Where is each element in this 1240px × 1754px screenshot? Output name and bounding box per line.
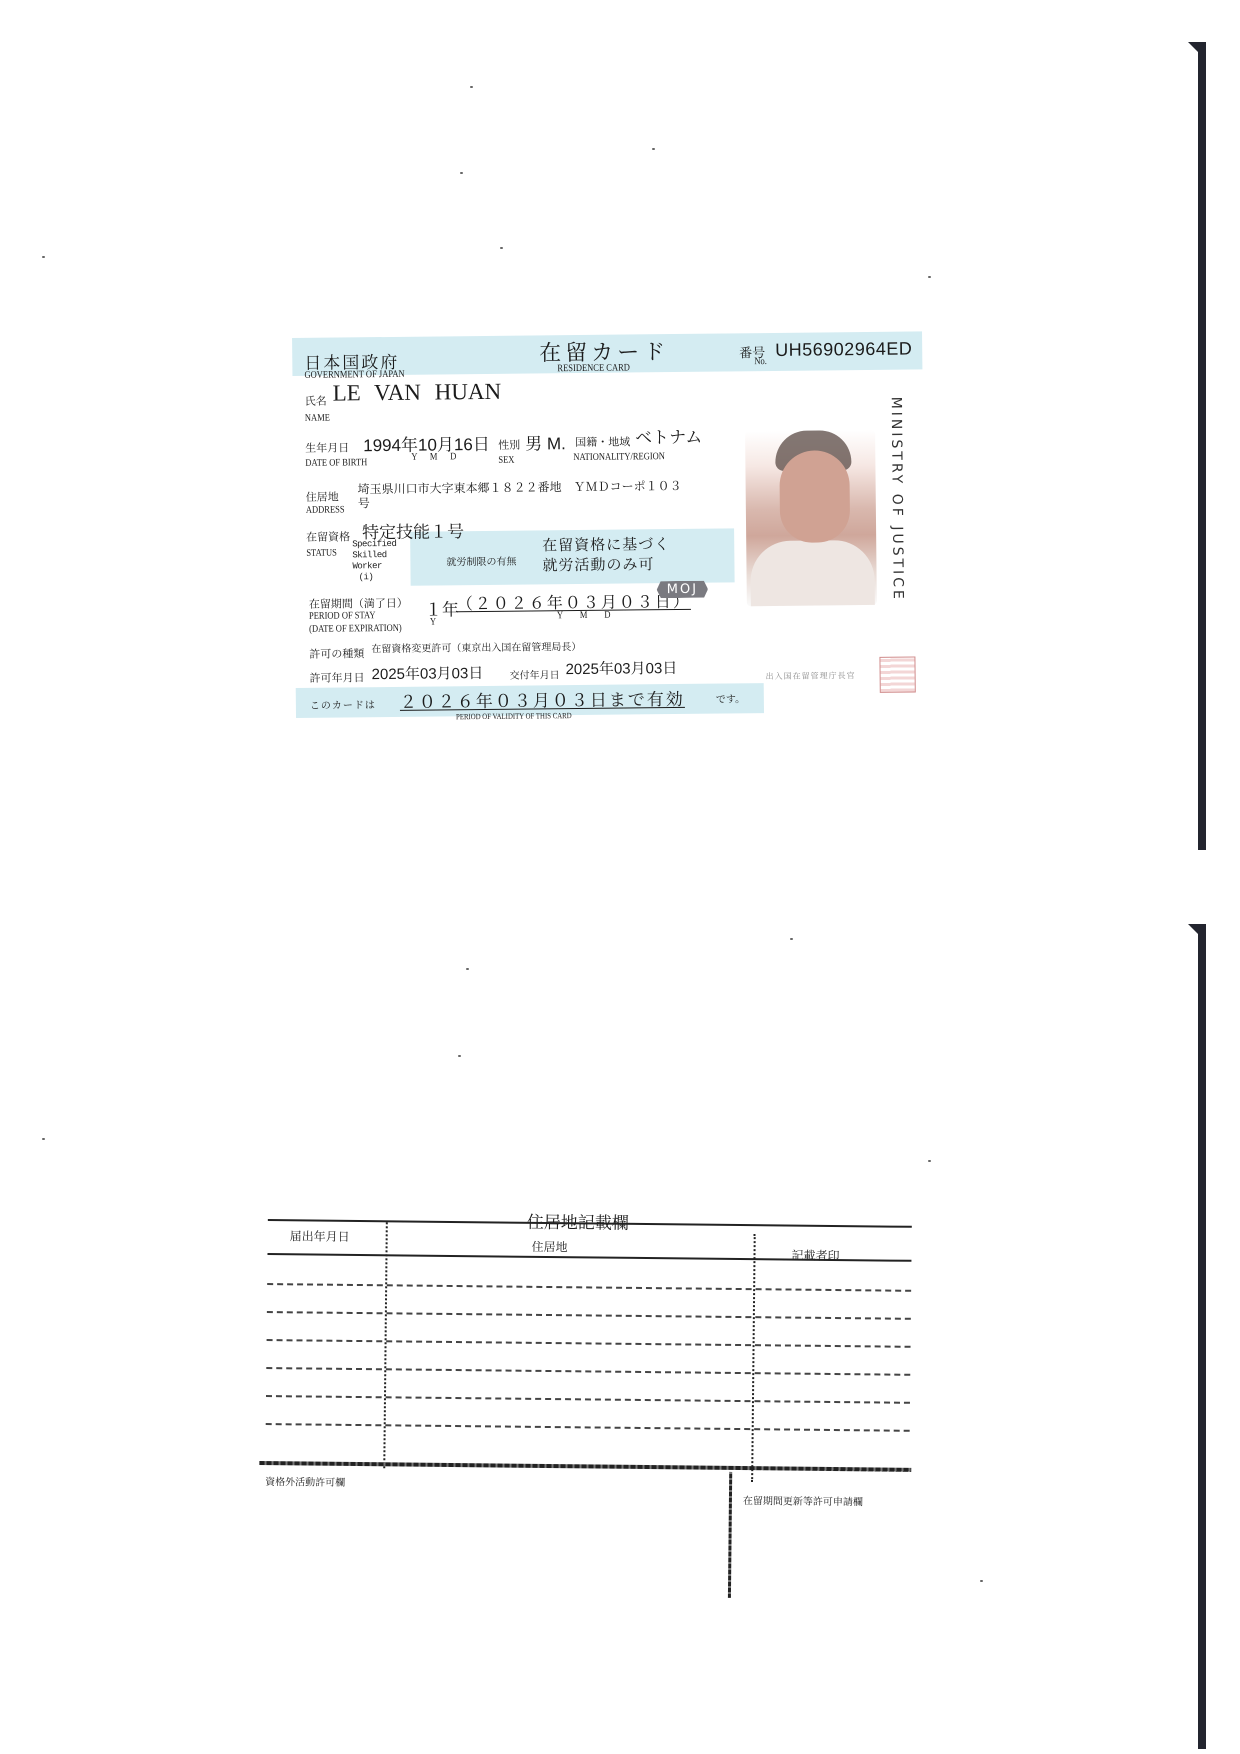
residence-card-front: 日本国政府 GOVERNMENT OF JAPAN 在留カード RESIDENC… bbox=[292, 326, 926, 726]
table-row bbox=[266, 1367, 910, 1376]
scan-speck bbox=[466, 968, 469, 970]
scanner-edge-bar-top bbox=[1198, 42, 1206, 850]
status-en-1: Specified bbox=[352, 539, 396, 549]
col-header-date: 届出年月日 bbox=[290, 1227, 350, 1245]
status-en-4: (i) bbox=[359, 572, 374, 582]
status-label-en: STATUS bbox=[306, 548, 337, 559]
expiration-ymd-hint: Y M D bbox=[557, 610, 611, 622]
scanner-edge-bar-bottom bbox=[1198, 924, 1206, 1749]
status-en-3: Worker bbox=[352, 561, 382, 571]
issuer-signature-text: 出入国在留管理庁長官 bbox=[766, 670, 856, 682]
scan-speck bbox=[500, 247, 503, 249]
card-title-en: RESIDENCE CARD bbox=[557, 362, 630, 374]
scan-speck bbox=[790, 938, 793, 940]
address-label-jp: 住居地 bbox=[306, 489, 339, 505]
table-row bbox=[267, 1311, 911, 1320]
holder-photo bbox=[745, 430, 877, 606]
status-label-jp: 在留資格 bbox=[306, 528, 350, 544]
holder-name: LE VAN HUAN bbox=[333, 379, 502, 407]
outside-activity-permit-label: 資格外活動許可欄 bbox=[265, 1473, 345, 1489]
col-divider-date bbox=[383, 1222, 388, 1468]
work-restriction-label: 就労制限の有無 bbox=[446, 553, 516, 569]
col-divider-stamp bbox=[751, 1234, 756, 1482]
number-label-en: No. bbox=[754, 356, 767, 367]
permit-type-value: 在留資格変更許可（東京出入国在留管理局長） bbox=[371, 638, 581, 655]
period-label-en-2: (DATE OF EXPIRATION) bbox=[309, 623, 402, 635]
issue-date: 2025年03月03日 bbox=[565, 657, 677, 679]
validity-suffix: です。 bbox=[716, 690, 745, 705]
permit-type-label: 許可の種類 bbox=[309, 645, 364, 662]
scan-speck bbox=[470, 86, 473, 88]
scan-speck bbox=[652, 148, 655, 150]
name-label-en: NAME bbox=[305, 413, 330, 424]
nationality-label-en: NATIONALITY/REGION bbox=[573, 451, 665, 463]
work-restriction-line1: 在留資格に基づく bbox=[542, 533, 670, 555]
dob-label-jp: 生年月日 bbox=[305, 439, 349, 455]
dob-label-en: DATE OF BIRTH bbox=[305, 457, 367, 469]
sex-label-jp: 性別 bbox=[498, 437, 520, 453]
validity-prefix: このカードは bbox=[310, 696, 376, 712]
scan-speck bbox=[928, 1160, 931, 1162]
extension-application-label: 在留期間更新等許可申請欄 bbox=[743, 1492, 863, 1508]
extension-section-divider bbox=[728, 1472, 732, 1598]
scan-speck bbox=[928, 276, 931, 278]
official-seal-icon bbox=[879, 656, 915, 692]
nationality-value: ベトナム bbox=[635, 423, 702, 449]
work-restriction-line2: 就労活動のみ可 bbox=[542, 553, 654, 575]
validity-date: ２０２６年０３月０３日まで有効 bbox=[400, 685, 685, 713]
scan-speck bbox=[980, 1580, 983, 1582]
scan-speck bbox=[42, 1138, 45, 1140]
residence-card-back: 住居地記載欄 届出年月日 住居地 記載者印 資格外活動許可欄 在留期間更新等許可… bbox=[258, 1205, 922, 1612]
scan-speck bbox=[460, 172, 463, 174]
photo-shoulders bbox=[750, 540, 875, 606]
dob-ymd-hint: Y M D bbox=[411, 451, 456, 462]
address-line2: 号 bbox=[358, 494, 370, 511]
permit-date-label: 許可年月日 bbox=[310, 669, 365, 686]
sex-label-en: SEX bbox=[498, 455, 514, 466]
period-y-hint: Y bbox=[430, 617, 436, 628]
address-line1: 埼玉県川口市大字東本郷１８２２番地 ＹＭＤコーポ１０３ bbox=[358, 477, 682, 497]
permit-date: 2025年03月03日 bbox=[371, 662, 483, 684]
period-label-en-1: PERIOD OF STAY bbox=[309, 610, 376, 622]
validity-en: PERIOD OF VALIDITY OF THIS CARD bbox=[456, 711, 572, 721]
col-header-stamp: 記載者印 bbox=[791, 1247, 839, 1265]
name-label-jp: 氏名 bbox=[305, 393, 327, 409]
scan-speck bbox=[42, 256, 45, 258]
scan-speck bbox=[458, 1055, 461, 1057]
col-header-address: 住居地 bbox=[531, 1238, 567, 1255]
photo-face bbox=[779, 450, 850, 543]
sex-value: 男 M. bbox=[525, 429, 566, 454]
status-en-2: Skilled bbox=[352, 550, 386, 560]
table-row bbox=[267, 1283, 911, 1292]
address-label-en: ADDRESS bbox=[306, 504, 345, 515]
ministry-of-justice-vertical: MINISTRY OF JUSTICE bbox=[888, 397, 906, 602]
card-number: UH56902964ED bbox=[775, 339, 912, 361]
section-divider-line bbox=[259, 1461, 911, 1472]
moj-hologram-badge: MOJ bbox=[657, 581, 708, 599]
nationality-label-jp: 国籍・地域 bbox=[575, 433, 630, 450]
address-record-title: 住居地記載欄 bbox=[527, 1208, 629, 1234]
table-row bbox=[267, 1339, 911, 1348]
table-row bbox=[266, 1395, 910, 1404]
period-label-jp: 在留期間（満了日） bbox=[309, 595, 408, 612]
table-row bbox=[266, 1423, 910, 1432]
issue-date-label: 交付年月日 bbox=[510, 666, 560, 682]
